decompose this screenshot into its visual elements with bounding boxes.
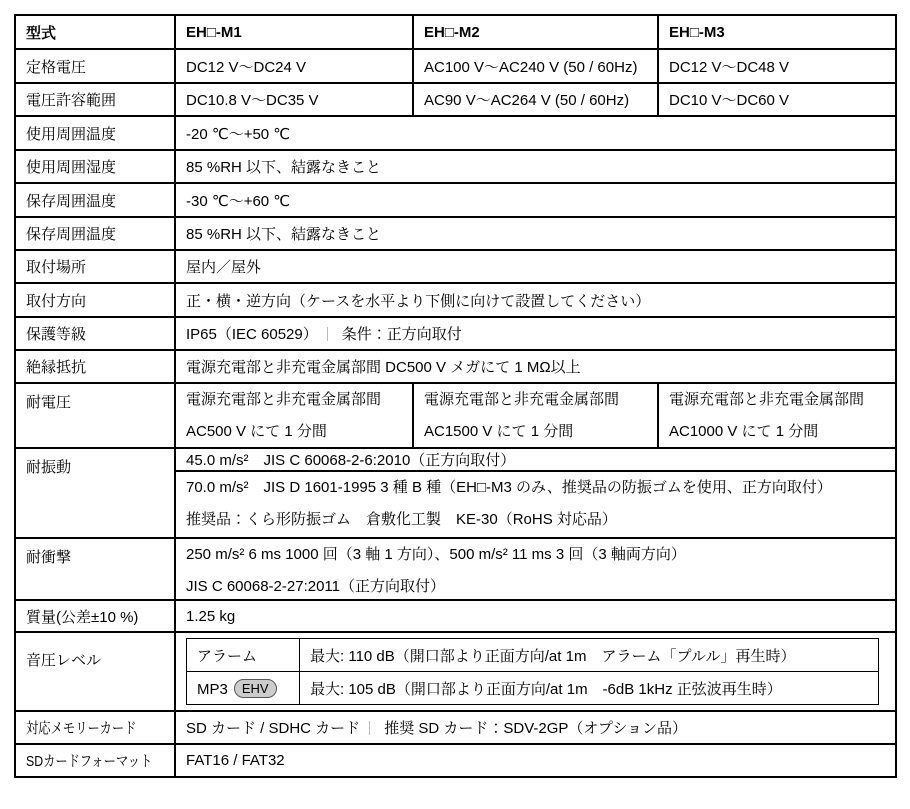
model-m3: EH□-M3 xyxy=(658,15,896,49)
row-protection-class: 保護等級 IP65（IEC 60529）条件：正方向取付 xyxy=(15,317,896,350)
protection-class-label: 保護等級 xyxy=(15,317,175,350)
storage-temp-label: 保存周囲温度 xyxy=(15,183,175,217)
withstand-common-m1: 電源充電部と非充電金属部間 xyxy=(186,391,402,409)
voltage-range-label: 電圧許容範囲 xyxy=(15,83,175,116)
storage-humidity-value: 85 %RH 以下、結露なきこと xyxy=(175,217,896,250)
voltage-range-m3: DC10 V～DC60 V xyxy=(658,83,896,116)
protection-class-rating: IP65（IEC 60529） xyxy=(186,326,318,343)
withstand-value-m1: AC500 V にて 1 分間 xyxy=(186,423,402,441)
shock-value: 250 m/s² 6 ms 1000 回（3 軸 1 方向）、500 m/s² … xyxy=(175,538,896,600)
alarm-name: アラーム xyxy=(187,639,300,672)
row-memory-card: 対応メモリーカード SD カード / SDHC カード推奨 SD カード：SDV… xyxy=(15,711,896,744)
spec-sheet: 型式 EH□-M1 EH□-M2 EH□-M3 定格電圧 DC12 V～DC24… xyxy=(14,14,897,778)
operating-temp-value: -20 ℃～+50 ℃ xyxy=(175,116,896,150)
vibration-line1: 45.0 m/s² JIS C 60068-2-6:2010（正方向取付） xyxy=(175,448,896,471)
vibration-line2a: 70.0 m/s² JIS D 1601-1995 3 種 B 種（EH□-M3… xyxy=(186,479,885,497)
row-sound-pressure: 音圧レベル アラーム 最大: 110 dB（開口部より正面方向/at 1m アラ… xyxy=(15,632,896,711)
sound-row-mp3: MP3EHV 最大: 105 dB（開口部より正面方向/at 1m -6dB 1… xyxy=(187,672,879,705)
mounting-direction-value: 正・横・逆方向（ケースを水平より下側に向けて設置してください） xyxy=(175,283,896,317)
memory-card-types: SD カード / SDHC カード xyxy=(186,720,360,737)
shock-label: 耐衝撃 xyxy=(15,538,175,600)
withstand-voltage-label: 耐電圧 xyxy=(15,383,175,448)
mass-label: 質量(公差±10 %) xyxy=(15,600,175,632)
light-separator xyxy=(369,721,370,735)
withstand-value-m2: AC1500 V にて 1 分間 xyxy=(424,423,647,441)
row-mounting-direction: 取付方向 正・横・逆方向（ケースを水平より下側に向けて設置してください） xyxy=(15,283,896,317)
sd-format-label: SDカードフォーマット xyxy=(15,744,175,777)
row-withstand-voltage: 耐電圧 電源充電部と非充電金属部間 AC500 V にて 1 分間 電源充電部と… xyxy=(15,383,896,448)
row-shock: 耐衝撃 250 m/s² 6 ms 1000 回（3 軸 1 方向）、500 m… xyxy=(15,538,896,600)
row-sd-format: SDカードフォーマット FAT16 / FAT32 xyxy=(15,744,896,777)
operating-humidity-label: 使用周囲湿度 xyxy=(15,150,175,183)
row-insulation-resistance: 絶縁抵抗 電源充電部と非充電金属部間 DC500 V メガにて 1 MΩ以上 xyxy=(15,350,896,383)
spec-table: 型式 EH□-M1 EH□-M2 EH□-M3 定格電圧 DC12 V～DC24… xyxy=(14,14,897,778)
vibration-label: 耐振動 xyxy=(15,448,175,538)
alarm-desc: 最大: 110 dB（開口部より正面方向/at 1m アラーム「プルル」再生時） xyxy=(300,639,879,672)
mounting-location-value: 屋内／屋外 xyxy=(175,250,896,283)
sound-pressure-label: 音圧レベル xyxy=(15,632,175,711)
vibration-line2: 70.0 m/s² JIS D 1601-1995 3 種 B 種（EH□-M3… xyxy=(175,471,896,538)
shock-line2: JIS C 60068-2-27:2011（正方向取付） xyxy=(186,578,885,596)
voltage-range-m2: AC90 V～AC264 V (50 / 60Hz) xyxy=(413,83,658,116)
row-rated-voltage: 定格電圧 DC12 V～DC24 V AC100 V～AC240 V (50 /… xyxy=(15,49,896,83)
row-vibration-1: 耐振動 45.0 m/s² JIS C 60068-2-6:2010（正方向取付… xyxy=(15,448,896,471)
rated-voltage-m1: DC12 V～DC24 V xyxy=(175,49,413,83)
withstand-voltage-m3: 電源充電部と非充電金属部間 AC1000 V にて 1 分間 xyxy=(658,383,896,448)
rated-voltage-m3: DC12 V～DC48 V xyxy=(658,49,896,83)
voltage-range-m1: DC10.8 V～DC35 V xyxy=(175,83,413,116)
mounting-location-label: 取付場所 xyxy=(15,250,175,283)
mp3-desc: 最大: 105 dB（開口部より正面方向/at 1m -6dB 1kHz 正弦波… xyxy=(300,672,879,705)
operating-temp-label: 使用周囲温度 xyxy=(15,116,175,150)
storage-humidity-label: 保存周囲温度 xyxy=(15,217,175,250)
withstand-common-m2: 電源充電部と非充電金属部間 xyxy=(424,391,647,409)
withstand-voltage-m2: 電源充電部と非充電金属部間 AC1500 V にて 1 分間 xyxy=(413,383,658,448)
withstand-voltage-m1: 電源充電部と非充電金属部間 AC500 V にて 1 分間 xyxy=(175,383,413,448)
withstand-common-m3: 電源充電部と非充電金属部間 xyxy=(669,391,885,409)
row-storage-temp: 保存周囲温度 -30 ℃～+60 ℃ xyxy=(15,183,896,217)
light-separator xyxy=(327,327,328,341)
row-voltage-range: 電圧許容範囲 DC10.8 V～DC35 V AC90 V～AC264 V (5… xyxy=(15,83,896,116)
insulation-resistance-value: 電源充電部と非充電金属部間 DC500 V メガにて 1 MΩ以上 xyxy=(175,350,896,383)
sd-format-value: FAT16 / FAT32 xyxy=(175,744,896,777)
rated-voltage-label: 定格電圧 xyxy=(15,49,175,83)
insulation-resistance-label: 絶縁抵抗 xyxy=(15,350,175,383)
shock-line1: 250 m/s² 6 ms 1000 回（3 軸 1 方向）、500 m/s² … xyxy=(186,546,885,564)
mass-value: 1.25 kg xyxy=(175,600,896,632)
memory-card-recommended: 推奨 SD カード：SDV-2GP（オプション品） xyxy=(384,720,687,737)
protection-class-condition: 条件：正方向取付 xyxy=(342,326,462,343)
model-m2: EH□-M2 xyxy=(413,15,658,49)
row-mounting-location: 取付場所 屋内／屋外 xyxy=(15,250,896,283)
row-operating-humidity: 使用周囲湿度 85 %RH 以下、結露なきこと xyxy=(15,150,896,183)
mp3-name: MP3 xyxy=(197,681,228,698)
storage-temp-value: -30 ℃～+60 ℃ xyxy=(175,183,896,217)
row-storage-humidity: 保存周囲温度 85 %RH 以下、結露なきこと xyxy=(15,217,896,250)
model-m1: EH□-M1 xyxy=(175,15,413,49)
sound-pressure-table: アラーム 最大: 110 dB（開口部より正面方向/at 1m アラーム「プルル… xyxy=(186,638,879,705)
ehv-badge: EHV xyxy=(234,679,277,698)
operating-humidity-value: 85 %RH 以下、結露なきこと xyxy=(175,150,896,183)
withstand-value-m3: AC1000 V にて 1 分間 xyxy=(669,423,885,441)
rated-voltage-m2: AC100 V～AC240 V (50 / 60Hz) xyxy=(413,49,658,83)
model-label: 型式 xyxy=(15,15,175,49)
sound-pressure-value: アラーム 最大: 110 dB（開口部より正面方向/at 1m アラーム「プルル… xyxy=(175,632,896,711)
sound-row-alarm: アラーム 最大: 110 dB（開口部より正面方向/at 1m アラーム「プルル… xyxy=(187,639,879,672)
mp3-name-cell: MP3EHV xyxy=(187,672,300,705)
vibration-line2b: 推奨品：くら形防振ゴム 倉敷化工製 KE-30（RoHS 対応品） xyxy=(186,511,885,529)
protection-class-value: IP65（IEC 60529）条件：正方向取付 xyxy=(175,317,896,350)
memory-card-label: 対応メモリーカード xyxy=(15,711,175,744)
row-operating-temp: 使用周囲温度 -20 ℃～+50 ℃ xyxy=(15,116,896,150)
row-model: 型式 EH□-M1 EH□-M2 EH□-M3 xyxy=(15,15,896,49)
memory-card-value: SD カード / SDHC カード推奨 SD カード：SDV-2GP（オプション… xyxy=(175,711,896,744)
mounting-direction-label: 取付方向 xyxy=(15,283,175,317)
row-mass: 質量(公差±10 %) 1.25 kg xyxy=(15,600,896,632)
